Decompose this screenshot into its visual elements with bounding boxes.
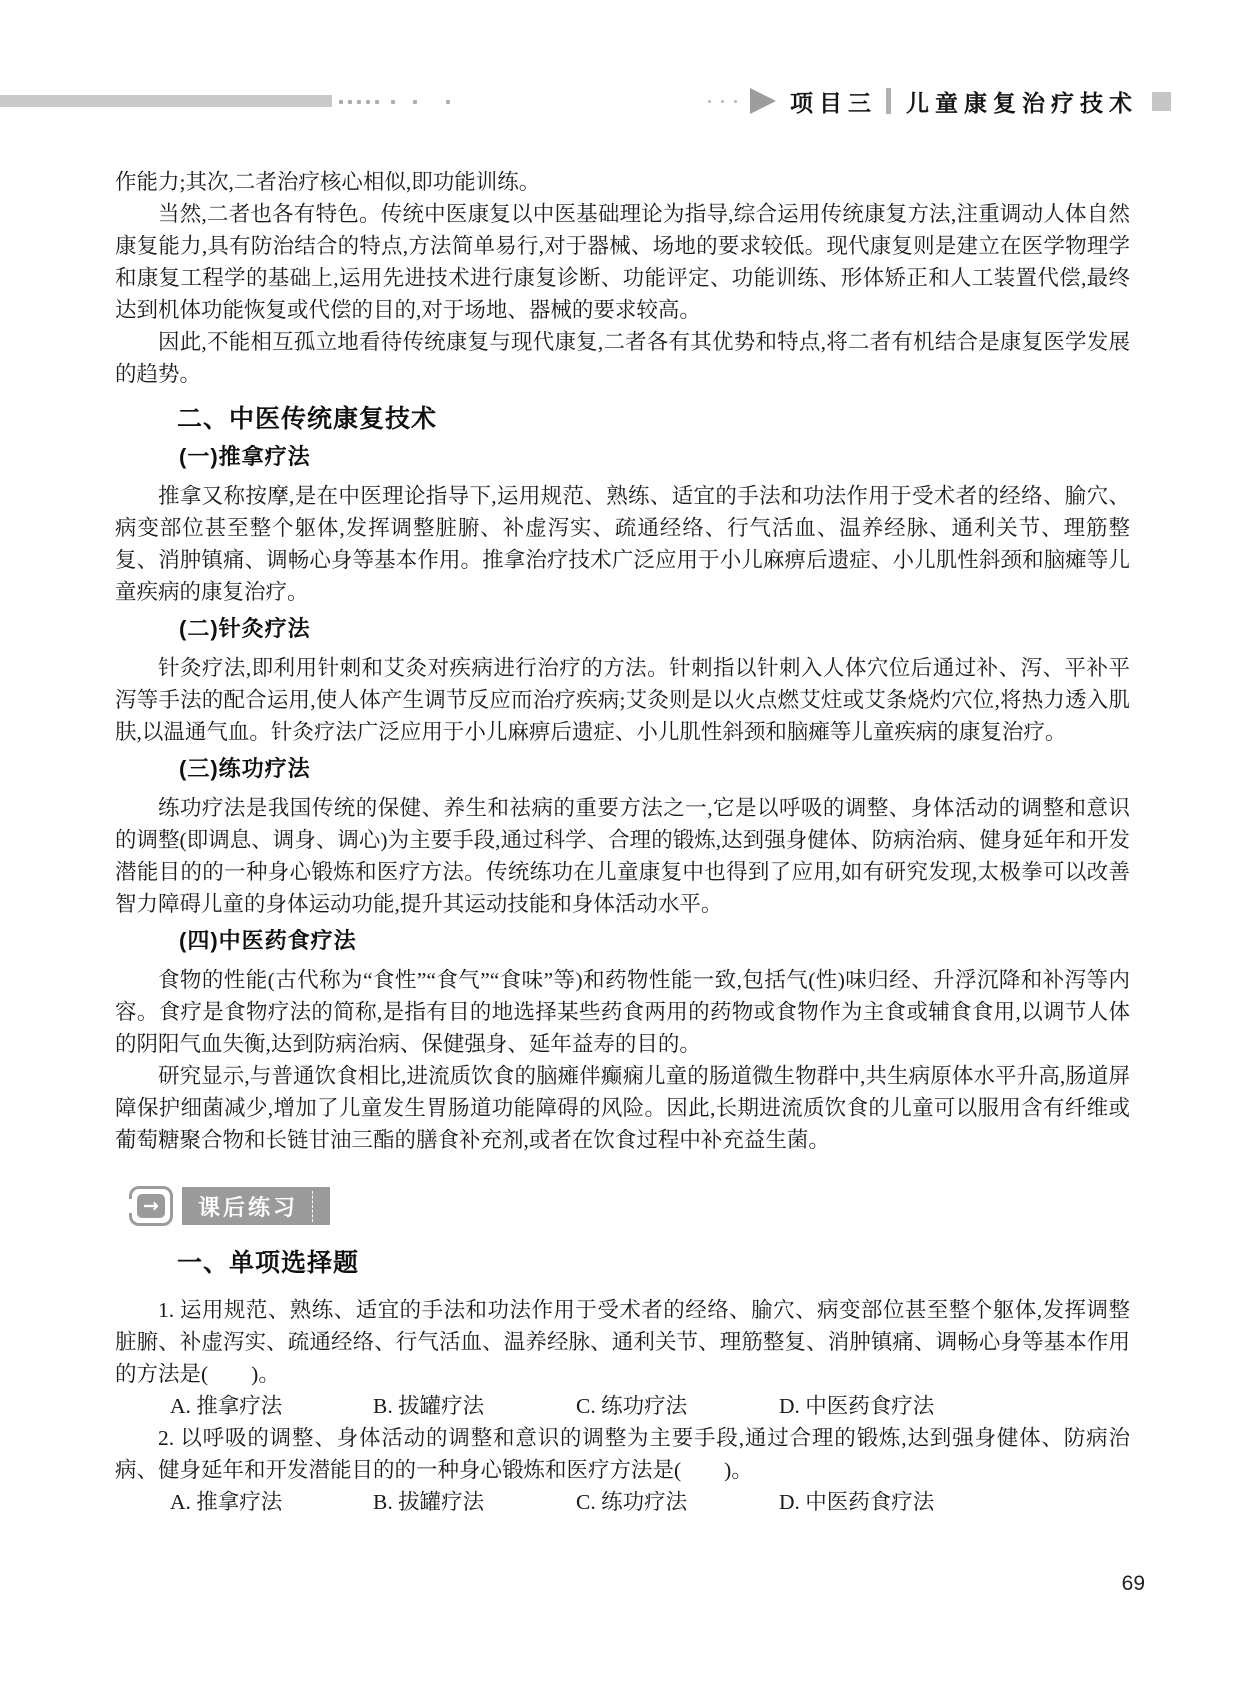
enter-arrow-icon: → [129,1186,173,1226]
paragraph: 食物的性能(古代称为“食性”“食气”“食味”等)和药物性能一致,包括气(性)味归… [115,964,1130,1060]
dot [348,100,352,104]
exercise-badge-label: 课后练习 [182,1191,313,1222]
dot [375,100,379,104]
dot [366,100,370,104]
paragraph: 推拿又称按摩,是在中医理论指导下,运用规范、熟练、适宜的手法和功法作用于受术者的… [115,480,1130,608]
subsection-heading-zhenjiu: (二)针灸疗法 [179,616,1130,642]
option-c: C. 练功疗法 [576,1486,779,1518]
dot [708,100,711,103]
breadcrumb-dots [698,100,737,103]
subsection-heading-tuina: (一)推拿疗法 [179,444,1130,470]
exercise-badge-plate: 课后练习 [182,1187,330,1225]
dot [446,100,450,104]
option-b: B. 拔罐疗法 [373,1390,576,1422]
dot [357,100,361,104]
header-dots-decoration [339,100,450,104]
option-c: C. 练功疗法 [576,1390,779,1422]
dot [339,100,343,104]
dot [413,100,417,104]
paragraph: 作能力;其次,二者治疗核心相似,即功能训练。 [115,166,1130,198]
subsection-heading-yaoshi: (四)中医药食疗法 [179,928,1130,954]
dot [734,100,737,103]
subsection-heading-liangong: (三)练功疗法 [179,756,1130,782]
badge-tail-decoration [313,1187,330,1225]
option-d: D. 中医药食疗法 [779,1486,934,1518]
header-rule-bar [0,95,332,107]
dot [721,100,724,103]
page-content: 作能力;其次,二者治疗核心相似,即功能训练。 当然,二者也各有特色。传统中医康复… [115,166,1130,1518]
question-1-text: 1. 运用规范、熟练、适宜的手法和功法作用于受术者的经络、腧穴、病变部位甚至整个… [115,1294,1130,1390]
chapter-title: 儿童康复治疗技术 [906,85,1138,118]
project-label: 项目三 [790,85,877,118]
dot [391,100,395,104]
header-end-square [1152,92,1171,111]
option-a: A. 推拿疗法 [170,1486,373,1518]
arrow-right-icon [750,88,776,114]
header-divider [886,88,891,114]
arrow-glyph: → [137,1194,165,1218]
question-2-options: A. 推拿疗法 B. 拔罐疗法 C. 练功疗法 D. 中医药食疗法 [115,1486,1130,1518]
exercise-badge: → 课后练习 [129,1184,1130,1228]
paragraph: 研究显示,与普通饮食相比,进流质饮食的脑瘫伴癫痫儿童的肠道微生物群中,共生病原体… [115,1060,1130,1156]
textbook-page: 项目三 儿童康复治疗技术 作能力;其次,二者治疗核心相似,即功能训练。 当然,二… [0,0,1245,1688]
paragraph: 因此,不能相互孤立地看待传统康复与现代康复,二者各有其优势和特点,将二者有机结合… [115,326,1130,390]
option-a: A. 推拿疗法 [170,1390,373,1422]
section-heading: 二、中医传统康复技术 [177,404,1130,434]
running-head: 项目三 儿童康复治疗技术 [698,84,1171,118]
option-b: B. 拔罐疗法 [373,1486,576,1518]
question-1-options: A. 推拿疗法 B. 拔罐疗法 C. 练功疗法 D. 中医药食疗法 [115,1390,1130,1422]
paragraph: 练功疗法是我国传统的保健、养生和祛病的重要方法之一,它是以呼吸的调整、身体活动的… [115,792,1130,920]
option-d: D. 中医药食疗法 [779,1390,934,1422]
exercise-section-heading: 一、单项选择题 [177,1248,1130,1278]
paragraph: 当然,二者也各有特色。传统中医康复以中医基础理论为指导,综合运用传统康复方法,注… [115,198,1130,326]
paragraph: 针灸疗法,即利用针刺和艾灸对疾病进行治疗的方法。针刺指以针刺入人体穴位后通过补、… [115,652,1130,748]
question-2-text: 2. 以呼吸的调整、身体活动的调整和意识的调整为主要手段,通过合理的锻炼,达到强… [115,1422,1130,1486]
page-number: 69 [1122,1572,1145,1596]
